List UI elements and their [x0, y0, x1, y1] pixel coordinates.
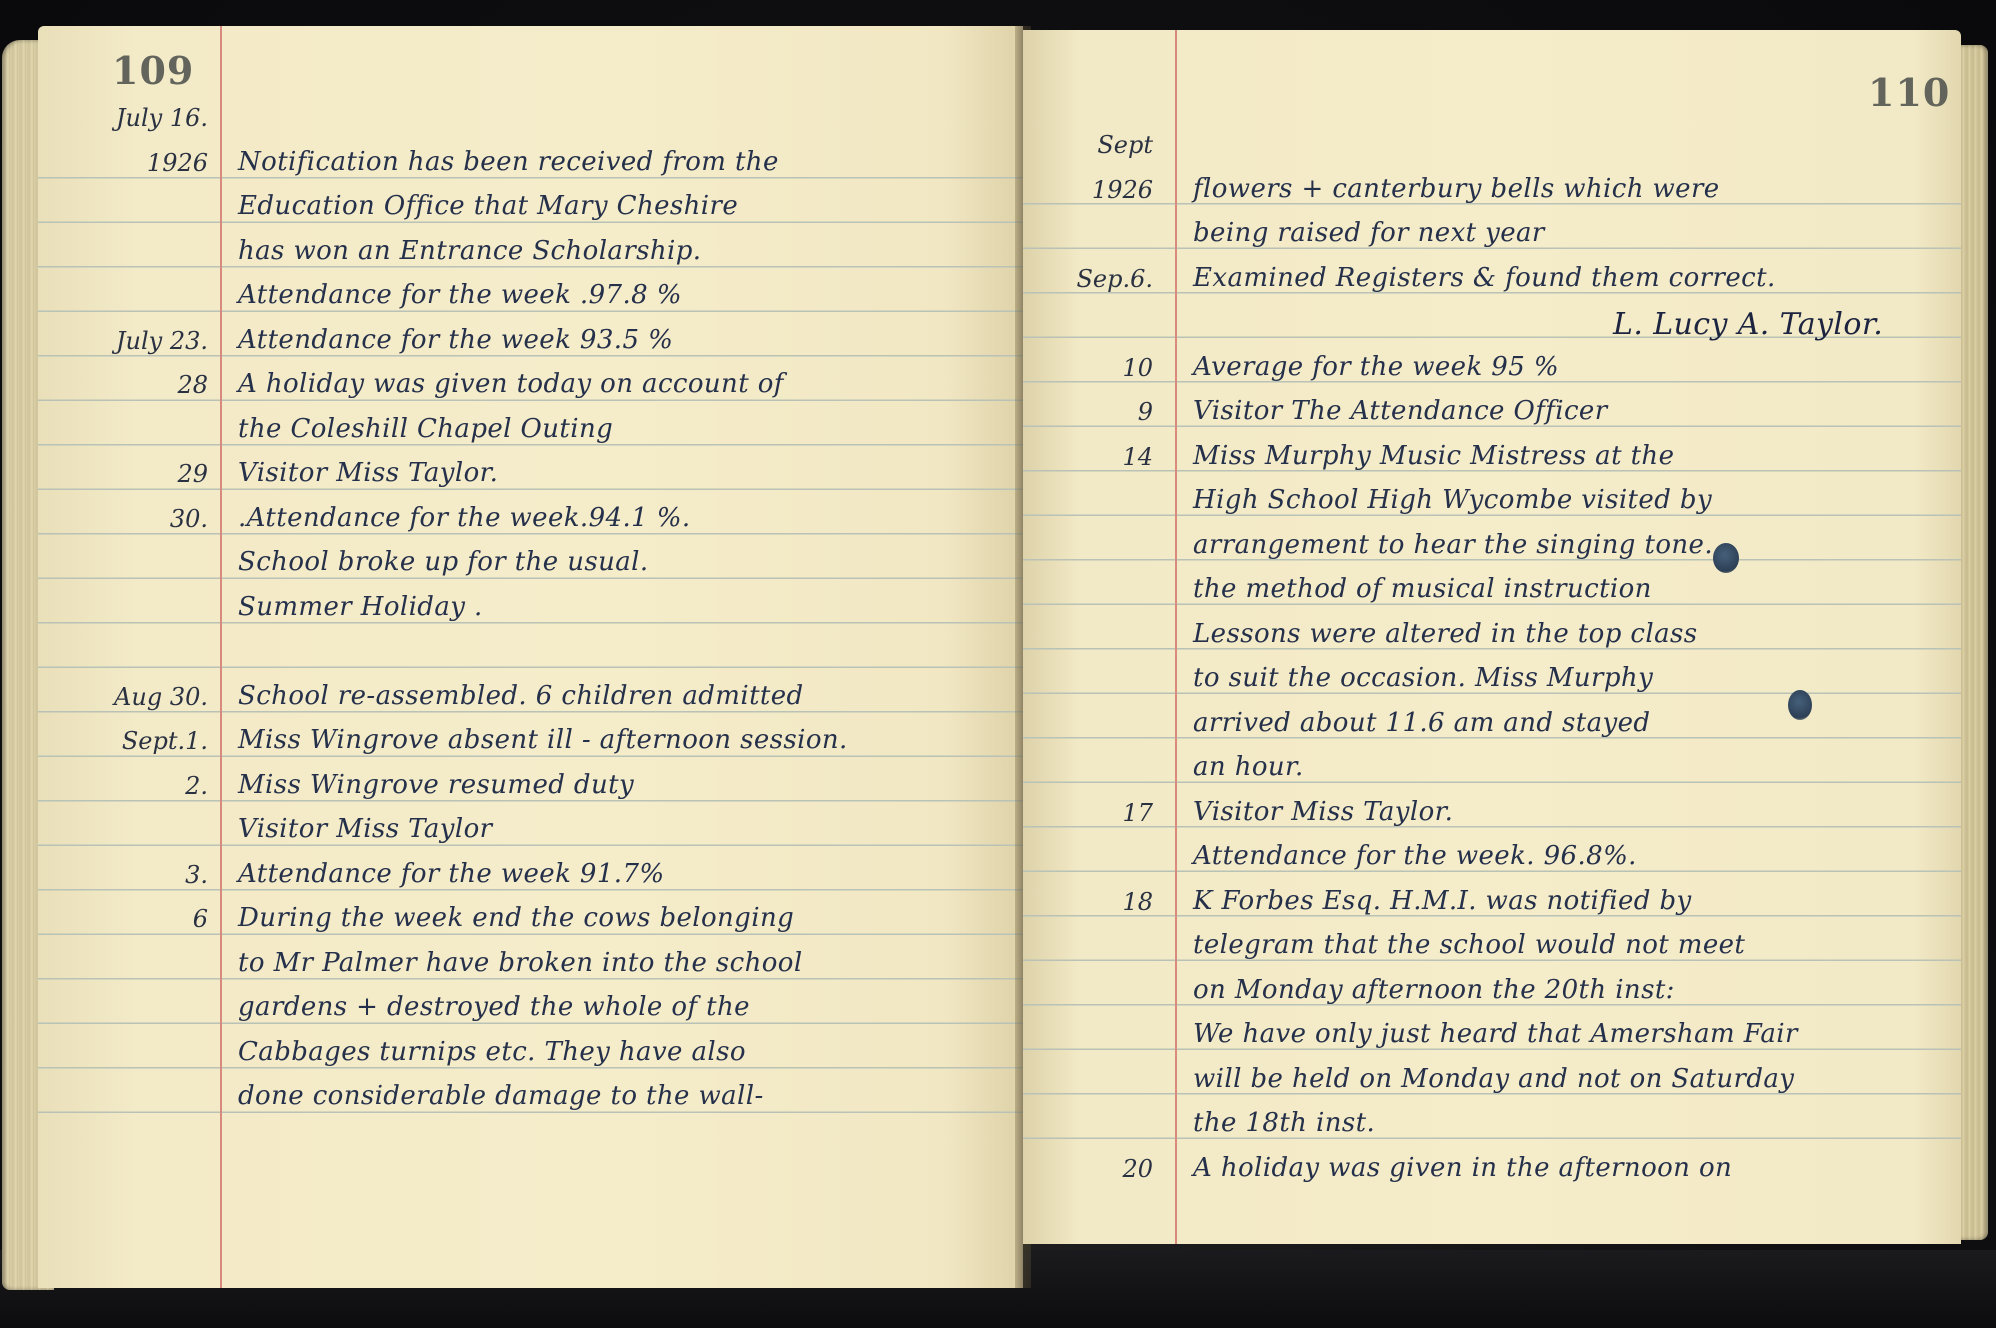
entry-text: Attendance for the week 91.7% [238, 859, 665, 889]
log-entry: 9Visitor The Attendance Officer [1023, 392, 1961, 436]
entry-text: being raised for next year [1193, 218, 1545, 248]
entry-text: Attendance for the week .97.8 % [238, 280, 682, 310]
log-entry: gardens + destroyed the whole of the [38, 988, 1023, 1032]
entry-text: During the week end the cows belonging [238, 903, 794, 933]
entry-date: Sept [1097, 131, 1153, 159]
log-entry: High School High Wycombe visited by [1023, 481, 1961, 525]
log-entry: arrived about 11.6 am and stayed [1023, 704, 1961, 748]
entry-text: Miss Murphy Music Mistress at the [1193, 441, 1674, 471]
left-page: 109 July 16.1926Notification has been re… [38, 26, 1023, 1288]
page-stack-right [1958, 45, 1988, 1240]
log-entry: 28A holiday was given today on account o… [38, 365, 1023, 409]
log-entry: 30..Attendance for the week.94.1 %. [38, 499, 1023, 543]
entry-text: High School High Wycombe visited by [1193, 485, 1712, 515]
log-entry: 29Visitor Miss Taylor. [38, 454, 1023, 498]
log-entry: July 23.Attendance for the week 93.5 % [38, 321, 1023, 365]
log-entry [38, 632, 1023, 676]
entry-date: 29 [177, 460, 208, 488]
entry-date: 9 [1138, 398, 1153, 426]
entry-text: Education Office that Mary Cheshire [238, 191, 738, 221]
entry-text: telegram that the school would not meet [1193, 930, 1745, 960]
log-entry: Cabbages turnips etc. They have also [38, 1033, 1023, 1077]
entry-text: the 18th inst. [1193, 1108, 1375, 1138]
log-entry: Visitor Miss Taylor [38, 810, 1023, 854]
entry-text: Visitor Miss Taylor [238, 814, 493, 844]
entry-text: done considerable damage to the wall- [238, 1081, 764, 1111]
entry-date: 10 [1122, 354, 1153, 382]
log-entry: the Coleshill Chapel Outing [38, 410, 1023, 454]
log-entry: 14Miss Murphy Music Mistress at the [1023, 437, 1961, 481]
right-page: 110 Sept1926flowers + canterbury bells w… [1023, 30, 1961, 1244]
entry-date: 2. [185, 772, 208, 800]
entry-date: 1926 [1092, 176, 1153, 204]
entry-text: K Forbes Esq. H.M.I. was notified by [1193, 886, 1692, 916]
log-entry: has won an Entrance Scholarship. [38, 232, 1023, 276]
entry-date: Sept.1. [122, 727, 208, 755]
ink-blot [1788, 690, 1812, 720]
log-entry: 1926Notification has been received from … [38, 143, 1023, 187]
entry-date: Aug 30. [114, 683, 208, 711]
entry-date: 14 [1122, 443, 1153, 471]
entry-date: 17 [1122, 799, 1153, 827]
log-entry: 10Average for the week 95 % [1023, 348, 1961, 392]
entry-date: 30. [170, 505, 208, 533]
entry-text: We have only just heard that Amersham Fa… [1193, 1019, 1798, 1049]
entry-text: Lessons were altered in the top class [1193, 619, 1697, 649]
entry-text: the method of musical instruction [1193, 574, 1652, 604]
log-entry: 1926flowers + canterbury bells which wer… [1023, 170, 1961, 214]
entry-date: 6 [193, 905, 208, 933]
log-entry: 3.Attendance for the week 91.7% [38, 855, 1023, 899]
entry-text: Visitor Miss Taylor. [1193, 797, 1453, 827]
entry-text: Cabbages turnips etc. They have also [238, 1037, 746, 1067]
log-entry: L. Lucy A. Taylor. [1023, 303, 1961, 347]
entry-text: Examined Registers & found them correct. [1193, 263, 1776, 293]
log-entry: done considerable damage to the wall- [38, 1077, 1023, 1121]
log-entry: on Monday afternoon the 20th inst: [1023, 971, 1961, 1015]
log-entry: being raised for next year [1023, 214, 1961, 258]
entry-text: School broke up for the usual. [238, 547, 649, 577]
entry-text: to Mr Palmer have broken into the school [238, 948, 803, 978]
log-entry: We have only just heard that Amersham Fa… [1023, 1015, 1961, 1059]
entry-text: on Monday afternoon the 20th inst: [1193, 975, 1675, 1005]
entry-date: July 23. [116, 327, 208, 355]
log-entry: the 18th inst. [1023, 1104, 1961, 1148]
log-entry: arrangement to hear the singing tone. [1023, 526, 1961, 570]
log-entry: 18K Forbes Esq. H.M.I. was notified by [1023, 882, 1961, 926]
log-entry: an hour. [1023, 748, 1961, 792]
entry-text: will be held on Monday and not on Saturd… [1193, 1064, 1794, 1094]
entry-text: flowers + canterbury bells which were [1193, 174, 1720, 204]
entry-text: A holiday was given in the afternoon on [1193, 1153, 1732, 1183]
entry-text: School re-assembled. 6 children admitted [238, 681, 804, 711]
entry-text: Visitor The Attendance Officer [1193, 396, 1608, 426]
entry-text: the Coleshill Chapel Outing [238, 414, 613, 444]
book-scan: 109 July 16.1926Notification has been re… [0, 0, 1996, 1328]
entry-date: 20 [1122, 1155, 1153, 1183]
entry-date: 28 [177, 371, 208, 399]
entry-date: Sep.6. [1076, 265, 1153, 293]
log-entry: telegram that the school would not meet [1023, 926, 1961, 970]
log-entry: Sep.6.Examined Registers & found them co… [1023, 259, 1961, 303]
log-entry: Summer Holiday . [38, 588, 1023, 632]
log-entry: Education Office that Mary Cheshire [38, 187, 1023, 231]
entry-date: July 16. [116, 104, 208, 132]
log-entry: Aug 30.School re-assembled. 6 children a… [38, 677, 1023, 721]
entry-date: 3. [185, 861, 208, 889]
entry-text: Notification has been received from the [238, 147, 779, 177]
entry-text: Summer Holiday . [238, 592, 483, 622]
log-entry: the method of musical instruction [1023, 570, 1961, 614]
page-number: 110 [1868, 70, 1950, 115]
entry-text: Miss Wingrove absent ill - afternoon ses… [238, 725, 848, 755]
entry-text: gardens + destroyed the whole of the [238, 992, 750, 1022]
entry-text: Attendance for the week 93.5 % [238, 325, 673, 355]
log-entry: Lessons were altered in the top class [1023, 615, 1961, 659]
log-entry: School broke up for the usual. [38, 543, 1023, 587]
log-entry: July 16. [38, 98, 1023, 142]
ink-blot [1713, 543, 1739, 573]
log-entry: to suit the occasion. Miss Murphy [1023, 659, 1961, 703]
log-entry: 20A holiday was given in the afternoon o… [1023, 1149, 1961, 1193]
entry-text: has won an Entrance Scholarship. [238, 236, 701, 266]
entry-date: 18 [1122, 888, 1153, 916]
entry-text: A holiday was given today on account of [238, 369, 784, 399]
entry-text: Attendance for the week. 96.8%. [1193, 841, 1637, 871]
signature: L. Lucy A. Taylor. [1613, 307, 1883, 342]
log-entry: Attendance for the week .97.8 % [38, 276, 1023, 320]
log-entry: Sept [1023, 125, 1961, 169]
entry-text: an hour. [1193, 752, 1304, 782]
log-entry: 6During the week end the cows belonging [38, 899, 1023, 943]
log-entry: Sept.1.Miss Wingrove absent ill - aftern… [38, 721, 1023, 765]
entry-text: arrangement to hear the singing tone. [1193, 530, 1713, 560]
entry-text: Average for the week 95 % [1193, 352, 1559, 382]
entry-text: Miss Wingrove resumed duty [238, 770, 634, 800]
entry-text: Visitor Miss Taylor. [238, 458, 498, 488]
entry-date: 1926 [147, 149, 208, 177]
log-entry: 17Visitor Miss Taylor. [1023, 793, 1961, 837]
log-entry: 2.Miss Wingrove resumed duty [38, 766, 1023, 810]
log-entry: will be held on Monday and not on Saturd… [1023, 1060, 1961, 1104]
entry-text: to suit the occasion. Miss Murphy [1193, 663, 1653, 693]
log-entry: Attendance for the week. 96.8%. [1023, 837, 1961, 881]
entry-text: .Attendance for the week.94.1 %. [238, 503, 691, 533]
page-number: 109 [112, 48, 194, 93]
log-entry: to Mr Palmer have broken into the school [38, 944, 1023, 988]
entry-text: arrived about 11.6 am and stayed [1193, 708, 1650, 738]
